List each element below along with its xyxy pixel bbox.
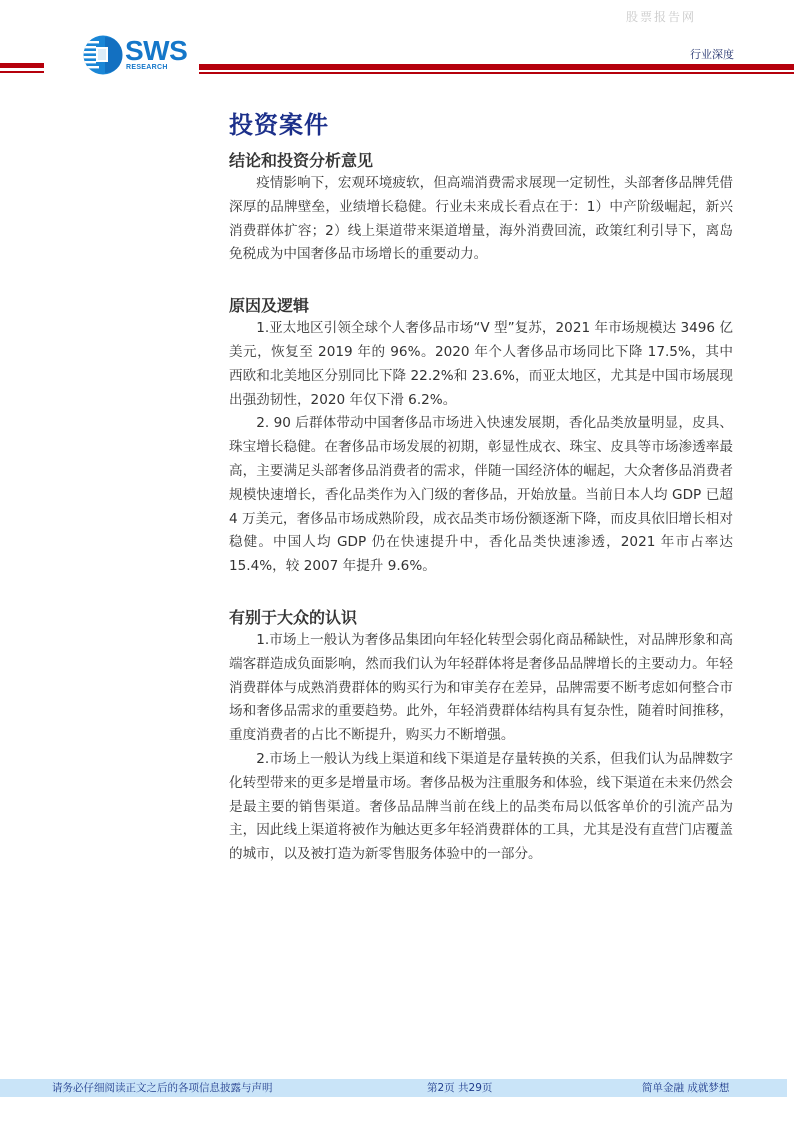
footer-page-info: 第2页 共29页: [427, 1079, 492, 1097]
section-heading: 结论和投资分析意见: [229, 150, 733, 172]
sws-globe-logo-icon: [83, 35, 123, 75]
header-rule-left-thin: [0, 71, 44, 73]
report-type-label: 行业深度: [690, 46, 734, 62]
section-differentiated-view: 有别于大众的认识 1.市场上一般认为奢侈品集团向年轻化转型会弱化商品稀缺性，对品…: [229, 607, 733, 867]
sws-research-logo: SWS RESEARCH: [83, 35, 187, 77]
watermark: 股票报告网: [626, 8, 696, 25]
section-reasons-logic: 原因及逻辑 1.亚太地区引领全球个人奢侈品市场“V 型”复苏，2021 年市场规…: [229, 295, 733, 579]
footer-slogan: 简单金融 成就梦想: [642, 1079, 729, 1097]
section-heading: 原因及逻辑: [229, 295, 733, 317]
page-title: 投资案件: [229, 108, 733, 142]
spacer: [229, 267, 733, 295]
header-rule-right-thin: [199, 72, 794, 74]
spacer: [229, 579, 733, 607]
paragraph: 2.市场上一般认为线上渠道和线下渠道是存量转换的关系，但我们认为品牌数字化转型带…: [229, 748, 733, 867]
logo-brand-text: SWS: [125, 37, 187, 65]
paragraph: 2. 90 后群体带动中国奢侈品市场进入快速发展期，香化品类放量明显，皮具、珠宝…: [229, 412, 733, 579]
logo-subtitle-text: RESEARCH: [126, 64, 168, 72]
section-heading: 有别于大众的认识: [229, 607, 733, 629]
paragraph: 疫情影响下，宏观环境疲软，但高端消费需求展现一定韧性，头部奢侈品牌凭借深厚的品牌…: [229, 172, 733, 267]
section-conclusion: 结论和投资分析意见 疫情影响下，宏观环境疲软，但高端消费需求展现一定韧性，头部奢…: [229, 150, 733, 267]
main-content: 投资案件 结论和投资分析意见 疫情影响下，宏观环境疲软，但高端消费需求展现一定韧…: [229, 108, 733, 867]
paragraph: 1.市场上一般认为奢侈品集团向年轻化转型会弱化商品稀缺性，对品牌形象和高端客群造…: [229, 629, 733, 748]
paragraph: 1.亚太地区引领全球个人奢侈品市场“V 型”复苏，2021 年市场规模达 349…: [229, 317, 733, 412]
footer-disclaimer: 请务必仔细阅读正文之后的各项信息披露与声明: [52, 1079, 273, 1097]
header-rule-left-thick: [0, 63, 44, 68]
footer-bar: 请务必仔细阅读正文之后的各项信息披露与声明 第2页 共29页 简单金融 成就梦想: [0, 1079, 787, 1097]
header-rule-right-thick: [199, 64, 794, 70]
